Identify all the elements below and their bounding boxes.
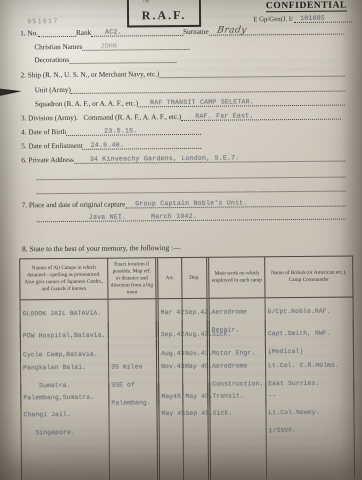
surname-dots: Brady bbox=[209, 25, 345, 36]
rank-label: Rank bbox=[76, 29, 91, 37]
camps-table-body: GLODOK JAIL BATAVIA. Mar 42 Sep.42. Aero… bbox=[20, 298, 356, 480]
reference-dots: 101085 bbox=[294, 13, 352, 23]
christian-names-value: JOHN bbox=[100, 43, 117, 50]
field-no-rank-surname: 1. No. Rank AC2. Surname Brady bbox=[20, 25, 344, 38]
table-row: Changi Jail. Singapore. May 45. Sep 45. … bbox=[20, 399, 355, 480]
cell-commander: Lt.Col.Newey. 1/SSVF. bbox=[268, 409, 319, 434]
capture-label: 7. Place and date of original capture bbox=[22, 200, 126, 209]
ship-label: 2. Ship (R. N., U. S. N., or Merchant Na… bbox=[21, 70, 160, 79]
enlistment-dots: 24.6.40. bbox=[83, 139, 202, 150]
division-dots: RAF. Far East. bbox=[181, 110, 341, 121]
date-of-birth-label: 4. Date of Birth bbox=[21, 128, 66, 136]
field-capture-line2: Java NEI. March 1942. bbox=[37, 210, 346, 223]
reference-label: E Gp/Gen(J. I/ bbox=[253, 16, 293, 23]
surname-value-handwritten: Brady bbox=[216, 25, 247, 35]
field-squadron: Squadron (R. A. F., or A. A. F., etc.) R… bbox=[35, 96, 345, 109]
cell-camp: POW Hospital,Batavia. bbox=[23, 332, 106, 340]
capture-dots: Group Captain Noble's Unit. bbox=[125, 197, 346, 209]
header-main-work: Main work on which employed in each camp bbox=[206, 257, 264, 298]
cell-camp: Changi Jail. Singapore. bbox=[23, 411, 74, 436]
field-date-of-birth: 4. Date of Birth 23.5.15. bbox=[21, 125, 201, 137]
cell-commander: -- bbox=[268, 393, 276, 400]
address-dots: 34 Kinveachy Gardens, London, S.E.7. bbox=[74, 152, 346, 164]
section8-heading: 8. State to the best of your memory, the… bbox=[22, 243, 180, 253]
rank-dots: AC2. bbox=[91, 26, 183, 37]
field-division-command: 3. Division (Army). Command (R. A. F., A… bbox=[21, 110, 341, 123]
table-row: GLODOK JAIL BATAVIA. Mar 42 Sep.42. Aero… bbox=[20, 298, 354, 323]
division-value: RAF. Far East. bbox=[195, 112, 253, 120]
capture-value-line1: Group Captain Noble's Unit. bbox=[135, 199, 247, 207]
camps-table-header: Names of All Camps in which detained—spe… bbox=[19, 255, 353, 300]
squadron-dots: RAF TRANSIT CAMP SELETAR. bbox=[138, 96, 345, 108]
header-commander: Name of British (or American etc.), Camp… bbox=[264, 256, 353, 297]
blank-dotted-line bbox=[36, 168, 345, 181]
header-arrived: Arr. bbox=[155, 258, 181, 299]
header-location: Exact location if possible. Map ref. or … bbox=[107, 258, 155, 299]
confidential-marking: CONFIDENTIAL bbox=[266, 1, 347, 13]
cell-camp: GLODOK JAIL BATAVIA. bbox=[23, 310, 102, 318]
scanned-paper: № R.A.F. CONFIDENTIAL E Gp/Gen(J. I/ 101… bbox=[0, 0, 362, 480]
unit-dots bbox=[71, 82, 345, 94]
ship-dots bbox=[159, 67, 344, 79]
service-number: 951617 bbox=[27, 18, 58, 26]
surname-label: Surname bbox=[183, 28, 209, 36]
field-decorations: Decorations bbox=[34, 53, 176, 64]
form-content: № R.A.F. CONFIDENTIAL E Gp/Gen(J. I/ 101… bbox=[0, 0, 362, 480]
field-private-address: 6. Private Address 34 Kinveachy Gardens,… bbox=[21, 152, 345, 165]
camps-table: Names of All Camps in which detained—spe… bbox=[19, 255, 355, 480]
capture-dots-2: Java NEI. March 1942. bbox=[37, 210, 346, 223]
reference-number: 101085 bbox=[300, 15, 325, 22]
no-label: 1. No. bbox=[20, 29, 38, 37]
cell-work: Sick. bbox=[212, 331, 232, 338]
date-of-enlistment-value: 24.6.40. bbox=[91, 141, 124, 148]
cell-commander: G/Cpt.Noble.RAF. bbox=[268, 308, 331, 316]
date-of-birth-value: 23.5.15. bbox=[104, 127, 137, 134]
table-row: Pangkalan Balai. Sumatra. 35 miles SSE o… bbox=[20, 352, 354, 385]
private-address-value: 34 Kinveachy Gardens, London, S.E.7. bbox=[90, 154, 240, 162]
field-date-of-enlistment: 5. Date of Enlistment 24.6.40. bbox=[21, 139, 201, 151]
ink-mark bbox=[0, 87, 22, 96]
christian-names-label: Christian Names bbox=[34, 43, 82, 51]
stamp-raf-label: R.A.F. bbox=[142, 8, 187, 23]
no-dots bbox=[38, 27, 76, 37]
field-ship: 2. Ship (R. N., U. S. N., or Merchant Na… bbox=[21, 67, 345, 80]
private-address-label: 6. Private Address bbox=[21, 156, 74, 164]
squadron-label: Squadron (R. A. F., or A. A. F., etc.) bbox=[35, 99, 138, 108]
cell-work: Sick. bbox=[212, 410, 232, 417]
dob-dots: 23.5.15. bbox=[66, 125, 201, 136]
christian-names-dots: JOHN bbox=[82, 40, 189, 51]
field-unit: Unit (Army) bbox=[35, 82, 345, 95]
raf-stamp-box: № R.A.F. bbox=[127, 0, 201, 27]
field-christian-names: Christian Names JOHN bbox=[34, 40, 189, 51]
decorations-label: Decorations bbox=[34, 56, 69, 64]
field-capture: 7. Place and date of original capture Gr… bbox=[22, 197, 346, 210]
squadron-value: RAF TRANSIT CAMP SELETAR. bbox=[150, 98, 254, 106]
header-departed: Dep. bbox=[181, 258, 206, 299]
decorations-dots bbox=[69, 53, 176, 64]
capture-value-line2: Java NEI. March 1942. bbox=[89, 213, 197, 221]
header-camps: Names of All Camps in which detained—spe… bbox=[19, 259, 107, 300]
date-of-enlistment-label: 5. Date of Enlistment bbox=[21, 142, 83, 151]
blank-dotted-line bbox=[37, 182, 346, 195]
division-command-label: 3. Division (Army). Command (R. A. F., A… bbox=[21, 113, 181, 122]
rank-value: AC2. bbox=[105, 29, 122, 36]
reference-line: E Gp/Gen(J. I/ 101085 bbox=[253, 13, 352, 23]
stamp-no-label: № bbox=[143, 0, 151, 4]
unit-label: Unit (Army) bbox=[35, 86, 71, 94]
